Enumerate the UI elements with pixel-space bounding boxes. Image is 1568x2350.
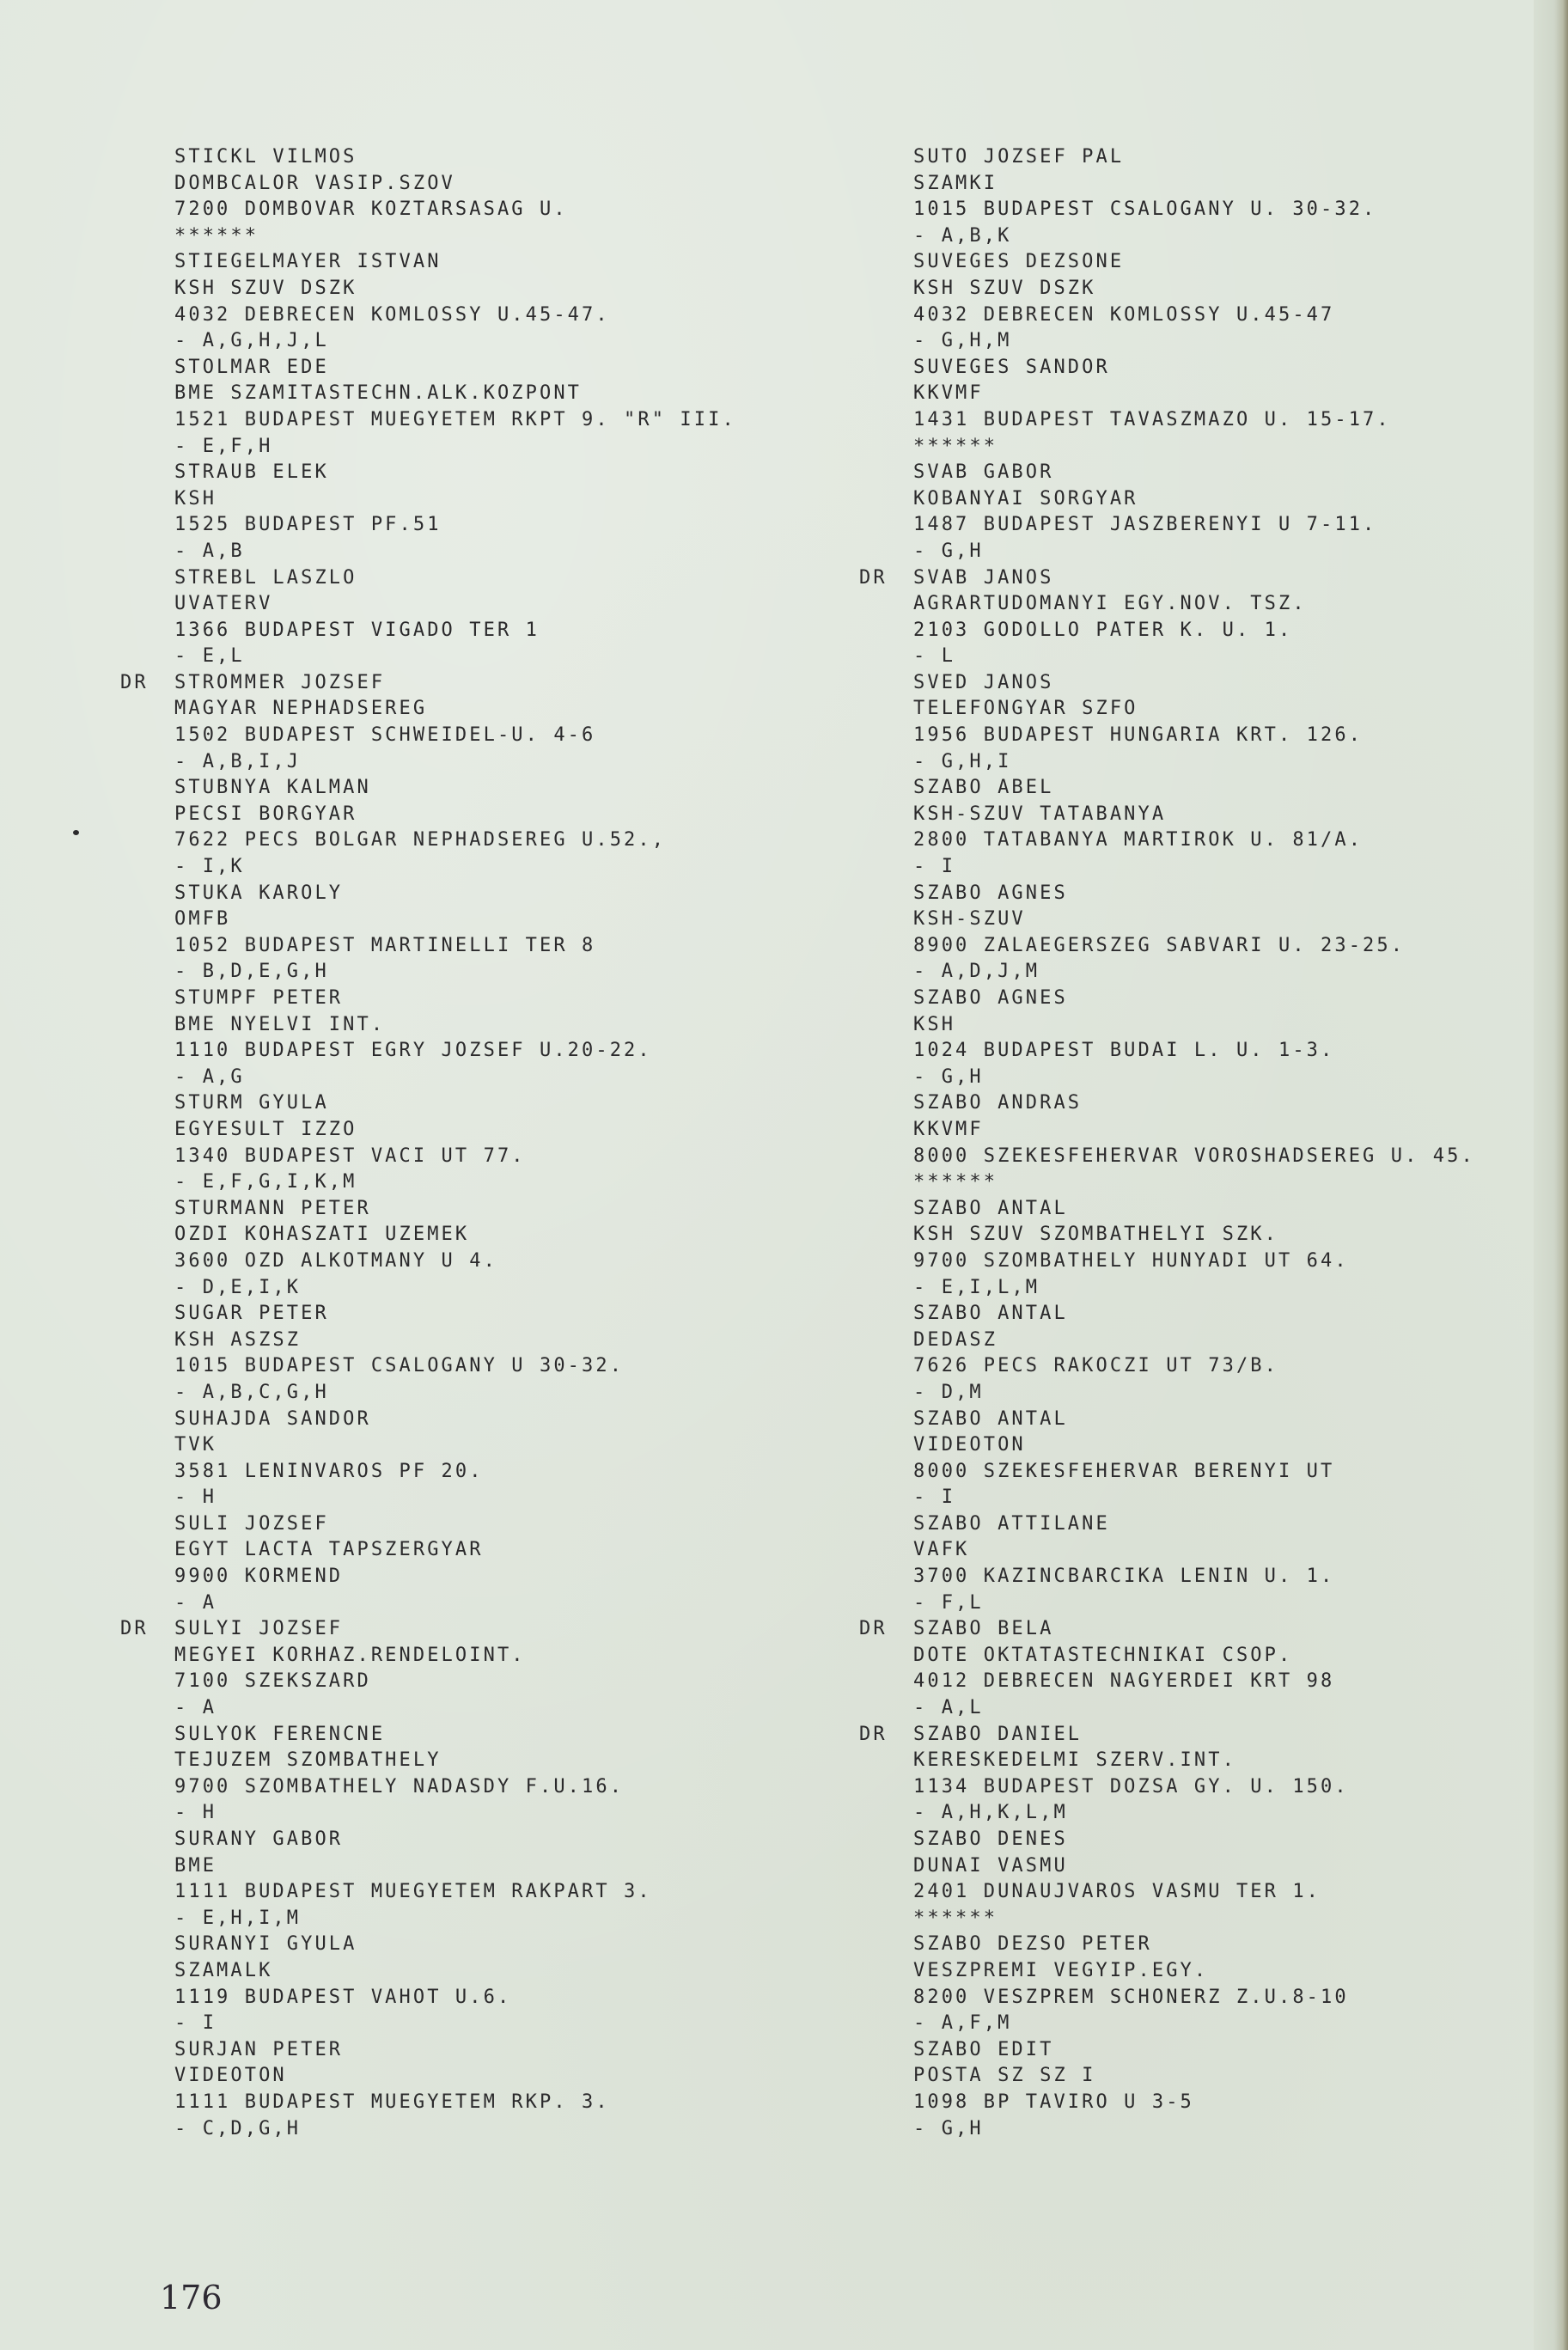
entry-codes: - I <box>913 1486 955 1508</box>
entry-organization-line: BME SZAMITASTECHN.ALK.KOZPONT <box>120 381 825 407</box>
entry-address-line: 2103 GODOLLO PATER K. U. 1. <box>859 618 1564 644</box>
entry-name: SZABO ANDRAS <box>913 1092 1082 1114</box>
entry-name-line: SZABO ANTAL <box>859 1196 1564 1223</box>
entry-name-line: SZABO DEZSO PETER <box>859 1932 1564 1958</box>
entry-address-line: 1111 BUDAPEST MUEGYETEM RAKPART 3. <box>120 1879 825 1906</box>
entry-organization-line: SZAMALK <box>120 1958 825 1985</box>
entry-name-line: DRSZABO DANIEL <box>859 1722 1564 1749</box>
entry-organization: MAGYAR NEPHADSEREG <box>174 698 427 719</box>
entry-address-line: 3581 LENINVAROS PF 20. <box>120 1459 825 1486</box>
entry-address-line: 8900 ZALAEGERSZEG SABVARI U. 23-25. <box>859 933 1564 960</box>
directory-entry: SUVEGES SANDORKKVMF1431 BUDAPEST TAVASZM… <box>859 355 1564 460</box>
entry-codes: - H <box>174 1486 217 1508</box>
entry-address-line: 1134 BUDAPEST DOZSA GY. U. 150. <box>859 1774 1564 1801</box>
entry-organization-line: KSH SZUV SZOMBATHELYI SZK. <box>859 1222 1564 1248</box>
entry-codes: ****** <box>913 1171 998 1193</box>
entry-address: 7626 PECS RAKOCZI UT 73/B. <box>913 1355 1278 1376</box>
entry-codes-line: - I <box>859 854 1564 881</box>
entry-name-line: SZABO ANTAL <box>859 1301 1564 1328</box>
entry-name-line: DRSULYI JOZSEF <box>120 1616 825 1643</box>
entry-address: 8000 SZEKESFEHERVAR VOROSHADSEREG U. 45. <box>913 1145 1475 1167</box>
entry-organization: MEGYEI KORHAZ.RENDELOINT. <box>174 1645 526 1666</box>
entry-address-line: 1521 BUDAPEST MUEGYETEM RKPT 9. "R" III. <box>120 407 825 434</box>
entry-name-line: SZABO DENES <box>859 1827 1564 1853</box>
entry-codes: - A,B,K <box>913 225 1011 247</box>
entry-organization: DOTE OKTATASTECHNIKAI CSOP. <box>913 1645 1292 1666</box>
entry-address-line: 1340 BUDAPEST VACI UT 77. <box>120 1144 825 1170</box>
entry-name-line: SVED JANOS <box>859 670 1564 697</box>
entry-codes: - D,E,I,K <box>174 1277 301 1298</box>
entry-name-line: SZABO AGNES <box>859 881 1564 907</box>
entry-address: 1015 BUDAPEST CSALOGANY U. 30-32. <box>913 198 1376 220</box>
entry-codes: - A <box>174 1697 217 1718</box>
entry-address: 1366 BUDAPEST VIGADO TER 1 <box>174 620 540 641</box>
entry-organization-line: BME <box>120 1853 825 1880</box>
entry-codes: - G,H <box>913 540 984 562</box>
entry-address-line: 8000 SZEKESFEHERVAR BERENYI UT <box>859 1459 1564 1486</box>
entry-codes-line: - A,G <box>120 1065 825 1091</box>
entry-organization-line: KSH-SZUV <box>859 906 1564 933</box>
entry-address: 1015 BUDAPEST CSALOGANY U 30-32. <box>174 1355 624 1376</box>
entry-codes: - A,B,C,G,H <box>174 1382 329 1403</box>
entry-address-line: 8000 SZEKESFEHERVAR VOROSHADSEREG U. 45. <box>859 1144 1564 1170</box>
entry-name: SURJAN PETER <box>174 2039 343 2060</box>
directory-entry: SULYOK FERENCNETEJUZEM SZOMBATHELY9700 S… <box>120 1722 825 1827</box>
entry-name: STROMMER JOZSEF <box>174 672 385 693</box>
entry-organization-line: TELEFONGYAR SZFO <box>859 696 1564 723</box>
directory-entry: SULI JOZSEFEGYT LACTA TAPSZERGYAR9900 KO… <box>120 1511 825 1616</box>
directory-entry: SZABO DEZSO PETERVESZPREMI VEGYIP.EGY.82… <box>859 1932 1564 2036</box>
entry-codes-line: - C,D,G,H <box>120 2116 825 2143</box>
entry-organization-line: DUNAI VASMU <box>859 1853 1564 1880</box>
entry-name: SURANYI GYULA <box>174 1933 357 1955</box>
entry-address-line: 3700 KAZINCBARCIKA LENIN U. 1. <box>859 1564 1564 1590</box>
entry-codes: - A,H,K,L,M <box>913 1802 1068 1823</box>
entry-address-line: 1431 BUDAPEST TAVASZMAZO U. 15-17. <box>859 407 1564 434</box>
entry-address: 1525 BUDAPEST PF.51 <box>174 514 442 535</box>
entry-name: SZABO ANTAL <box>913 1408 1068 1430</box>
entry-address: 3700 KAZINCBARCIKA LENIN U. 1. <box>913 1566 1334 1587</box>
entry-name: SULYI JOZSEF <box>174 1618 343 1639</box>
entry-address: 1111 BUDAPEST MUEGYETEM RKP. 3. <box>174 2091 610 2113</box>
entry-address-line: 1015 BUDAPEST CSALOGANY U 30-32. <box>120 1353 825 1380</box>
entry-name: STICKL VILMOS <box>174 146 357 168</box>
entry-organization: TVK <box>174 1434 217 1456</box>
entry-organization: KOBANYAI SORGYAR <box>913 488 1138 510</box>
entry-name-line: SUTO JOZSEF PAL <box>859 144 1564 171</box>
entry-name: STUBNYA KALMAN <box>174 777 371 798</box>
directory-entry: SZABO ANTALKSH SZUV SZOMBATHELYI SZK.970… <box>859 1196 1564 1301</box>
entry-name: SUGAR PETER <box>174 1303 329 1324</box>
entry-codes: - A,G <box>174 1066 245 1088</box>
entry-name-line: STRAUB ELEK <box>120 460 825 486</box>
entry-name: SZABO AGNES <box>913 882 1068 904</box>
entry-address: 1521 BUDAPEST MUEGYETEM RKPT 9. "R" III. <box>174 409 736 430</box>
entry-address: 1340 BUDAPEST VACI UT 77. <box>174 1145 526 1167</box>
entry-name-line: SZABO ATTILANE <box>859 1511 1564 1538</box>
entry-organization-line: DOTE OKTATASTECHNIKAI CSOP. <box>859 1643 1564 1669</box>
entry-address-line: 4032 DEBRECEN KOMLOSSY U.45-47. <box>120 302 825 329</box>
title-prefix: DR <box>859 1616 913 1643</box>
entry-organization-line: TEJUZEM SZOMBATHELY <box>120 1748 825 1774</box>
entry-name: SZABO DEZSO PETER <box>913 1933 1152 1955</box>
entry-codes-line: - E,L <box>120 644 825 670</box>
directory-entry: STOLMAR EDEBME SZAMITASTECHN.ALK.KOZPONT… <box>120 355 825 460</box>
directory-entry: STREBL LASZLOUVATERV1366 BUDAPEST VIGADO… <box>120 565 825 670</box>
entry-address: 1119 BUDAPEST VAHOT U.6. <box>174 1987 511 2008</box>
entry-name: SUVEGES DEZSONE <box>913 251 1124 272</box>
entry-codes: - A,B <box>174 540 245 562</box>
entry-address-line: 7622 PECS BOLGAR NEPHADSEREG U.52., <box>120 827 825 854</box>
entry-organization-line: PECSI BORGYAR <box>120 802 825 828</box>
entry-name-line: SZABO ANDRAS <box>859 1090 1564 1117</box>
entry-address-line: 8200 VESZPREM SCHONERZ Z.U.8-10 <box>859 1985 1564 2011</box>
entry-address: 1052 BUDAPEST MARTINELLI TER 8 <box>174 935 595 956</box>
entry-name-line: DRSVAB JANOS <box>859 565 1564 592</box>
entry-name-line: DRSTROMMER JOZSEF <box>120 670 825 697</box>
entry-codes-line: - A,D,J,M <box>859 959 1564 986</box>
entry-codes: - A,G,H,J,L <box>174 330 329 351</box>
entry-name-line: SULI JOZSEF <box>120 1511 825 1538</box>
entry-organization-line: KKVMF <box>859 1117 1564 1144</box>
entry-name-line: STOLMAR EDE <box>120 355 825 381</box>
entry-codes: - G,H,M <box>913 330 1011 351</box>
entry-codes: - E,L <box>174 645 245 667</box>
entry-codes: - E,I,L,M <box>913 1277 1040 1298</box>
ink-speck <box>73 830 79 835</box>
entry-organization: KSH-SZUV <box>913 908 1026 930</box>
directory-entry: SUHAJDA SANDORTVK3581 LENINVAROS PF 20.-… <box>120 1407 825 1511</box>
directory-entry: SZABO ANDRASKKVMF8000 SZEKESFEHERVAR VOR… <box>859 1090 1564 1195</box>
entry-codes-line: - I <box>120 2011 825 2037</box>
entry-address: 7200 DOMBOVAR KOZTARSASAG U. <box>174 198 568 220</box>
directory-entry: DRSVAB JANOSAGRARTUDOMANYI EGY.NOV. TSZ.… <box>859 565 1564 670</box>
entry-name-line: SUVEGES DEZSONE <box>859 249 1564 276</box>
entry-codes-line: - A,G,H,J,L <box>120 328 825 355</box>
entry-codes-line: - E,H,I,M <box>120 1906 825 1932</box>
entry-codes: - E,F,G,I,K,M <box>174 1171 357 1193</box>
directory-entry: SVAB GABORKOBANYAI SORGYAR1487 BUDAPEST … <box>859 460 1564 565</box>
entry-codes: - B,D,E,G,H <box>174 961 329 982</box>
entry-address: 9700 SZOMBATHELY NADASDY F.U.16. <box>174 1776 624 1798</box>
entry-name-line: SZABO ABEL <box>859 775 1564 802</box>
entry-organization: KSH-SZUV TATABANYA <box>913 803 1166 825</box>
entry-organization: POSTA SZ SZ I <box>913 2065 1096 2086</box>
entry-address-line: 1525 BUDAPEST PF.51 <box>120 512 825 539</box>
entry-organization: BME <box>174 1855 217 1877</box>
entry-address-line: 1024 BUDAPEST BUDAI L. U. 1-3. <box>859 1038 1564 1065</box>
entry-name: SZABO EDIT <box>913 2039 1053 2060</box>
entry-name: SURANY GABOR <box>174 1828 343 1850</box>
entry-codes: - E,H,I,M <box>174 1907 301 1929</box>
directory-entry: SZABO AGNESKSH1024 BUDAPEST BUDAI L. U. … <box>859 986 1564 1090</box>
entry-organization: SZAMALK <box>174 1960 272 1981</box>
directory-entry: SZABO EDITPOSTA SZ SZ I1098 BP TAVIRO U … <box>859 2037 1564 2142</box>
directory-entry: SVED JANOSTELEFONGYAR SZFO1956 BUDAPEST … <box>859 670 1564 775</box>
entry-name: SULI JOZSEF <box>174 1513 329 1535</box>
entry-organization-line: KSH ASZSZ <box>120 1328 825 1354</box>
entry-address: 1024 BUDAPEST BUDAI L. U. 1-3. <box>913 1040 1334 1061</box>
entry-address-line: 1119 BUDAPEST VAHOT U.6. <box>120 1985 825 2011</box>
entry-codes: - I <box>174 2012 217 2034</box>
entry-organization-line: KSH <box>859 1012 1564 1039</box>
entry-address-line: 1366 BUDAPEST VIGADO TER 1 <box>120 618 825 644</box>
entry-codes: ****** <box>913 1907 998 1929</box>
entry-name: SZABO DENES <box>913 1828 1068 1850</box>
entry-organization-line: VIDEOTON <box>120 2063 825 2090</box>
directory-entry: SZABO ABELKSH-SZUV TATABANYA2800 TATABAN… <box>859 775 1564 880</box>
entry-codes-line: - G,H <box>859 1065 1564 1091</box>
entry-name-line: STUKA KAROLY <box>120 881 825 907</box>
entry-codes-line: - A,B,K <box>859 223 1564 250</box>
entry-codes-line: - F,L <box>859 1590 1564 1617</box>
entry-organization: VAFK <box>913 1539 969 1560</box>
entry-organization: OMFB <box>174 908 230 930</box>
entry-codes-line: - E,F,H <box>120 434 825 461</box>
directory-entry: STUKA KAROLYOMFB1052 BUDAPEST MARTINELLI… <box>120 881 825 986</box>
entry-name: SULYOK FERENCNE <box>174 1724 385 1745</box>
page-number: 176 <box>160 2279 223 2316</box>
left-column: STICKL VILMOSDOMBCALOR VASIP.SZOV7200 DO… <box>120 144 825 2142</box>
entry-address: 3581 LENINVAROS PF 20. <box>174 1461 484 1482</box>
entry-organization: VESZPREMI VEGYIP.EGY. <box>913 1960 1208 1981</box>
entry-address-line: 9900 KORMEND <box>120 1564 825 1590</box>
directory-entry: SURJAN PETERVIDEOTON1111 BUDAPEST MUEGYE… <box>120 2037 825 2142</box>
entry-address: 1431 BUDAPEST TAVASZMAZO U. 15-17. <box>913 409 1391 430</box>
entry-name-line: SZABO ANTAL <box>859 1407 1564 1433</box>
entry-organization-line: KERESKEDELMI SZERV.INT. <box>859 1748 1564 1774</box>
entry-name: STIEGELMAYER ISTVAN <box>174 251 442 272</box>
entry-address-line: 1502 BUDAPEST SCHWEIDEL-U. 4-6 <box>120 723 825 749</box>
directory-entry: SZABO AGNESKSH-SZUV8900 ZALAEGERSZEG SAB… <box>859 881 1564 986</box>
entry-address-line: 9700 SZOMBATHELY HUNYADI UT 64. <box>859 1248 1564 1275</box>
entry-codes-line: - D,M <box>859 1380 1564 1407</box>
entry-organization-line: OZDI KOHASZATI UZEMEK <box>120 1222 825 1248</box>
entry-name: SZABO ATTILANE <box>913 1513 1110 1535</box>
directory-entry: SZABO ANTALDEDASZ7626 PECS RAKOCZI UT 73… <box>859 1301 1564 1406</box>
entry-codes-line: - E,I,L,M <box>859 1275 1564 1302</box>
entry-name: SVED JANOS <box>913 672 1053 693</box>
entry-codes: - H <box>174 1802 217 1823</box>
entry-name: SVAB GABOR <box>913 461 1053 483</box>
entry-codes-line: ****** <box>859 1906 1564 1932</box>
entry-address: 8900 ZALAEGERSZEG SABVARI U. 23-25. <box>913 935 1405 956</box>
entry-organization: KSH SZUV SZOMBATHELYI SZK. <box>913 1224 1278 1245</box>
entry-name-line: DRSZABO BELA <box>859 1616 1564 1643</box>
entry-codes: - C,D,G,H <box>174 2118 301 2139</box>
entry-name: SUHAJDA SANDOR <box>174 1408 371 1430</box>
entry-organization: KERESKEDELMI SZERV.INT. <box>913 1749 1236 1771</box>
entry-name: STOLMAR EDE <box>174 357 329 378</box>
entry-address: 4032 DEBRECEN KOMLOSSY U.45-47 <box>913 304 1334 326</box>
entry-codes-line: - G,H,M <box>859 328 1564 355</box>
entry-organization-line: VAFK <box>859 1537 1564 1564</box>
entry-codes: - G,H <box>913 1066 984 1088</box>
entry-codes: - A,B,I,J <box>174 751 301 772</box>
entry-organization: AGRARTUDOMANYI EGY.NOV. TSZ. <box>913 593 1307 614</box>
entry-codes: - G,H,I <box>913 751 1011 772</box>
directory-entry: STUBNYA KALMANPECSI BORGYAR7622 PECS BOL… <box>120 775 825 880</box>
entry-name: SZABO AGNES <box>913 987 1068 1009</box>
entry-codes-line: - B,D,E,G,H <box>120 959 825 986</box>
entry-name: SVAB JANOS <box>913 567 1053 589</box>
entry-organization-line: OMFB <box>120 906 825 933</box>
entry-name-line: SUHAJDA SANDOR <box>120 1407 825 1433</box>
entry-codes-line: - A,H,K,L,M <box>859 1800 1564 1827</box>
directory-entry: STURM GYULAEGYESULT IZZO1340 BUDAPEST VA… <box>120 1090 825 1195</box>
entry-organization: DOMBCALOR VASIP.SZOV <box>174 173 455 194</box>
entry-address: 4032 DEBRECEN KOMLOSSY U.45-47. <box>174 304 610 326</box>
entry-organization-line: AGRARTUDOMANYI EGY.NOV. TSZ. <box>859 591 1564 618</box>
directory-entry: SZABO DENESDUNAI VASMU2401 DUNAUJVAROS V… <box>859 1827 1564 1932</box>
entry-name-line: SUGAR PETER <box>120 1301 825 1328</box>
entry-address-line: 2800 TATABANYA MARTIROK U. 81/A. <box>859 827 1564 854</box>
entry-organization-line: VIDEOTON <box>859 1432 1564 1459</box>
entry-codes: - E,F,H <box>174 436 272 457</box>
entry-organization: KSH ASZSZ <box>174 1329 301 1351</box>
entry-codes: - I <box>913 856 955 877</box>
entry-organization-line: MEGYEI KORHAZ.RENDELOINT. <box>120 1643 825 1669</box>
entry-codes-line: - G,H <box>859 539 1564 565</box>
title-prefix: DR <box>120 670 174 697</box>
entry-name-line: SURANYI GYULA <box>120 1932 825 1958</box>
entry-address-line: 4012 DEBRECEN NAGYERDEI KRT 98 <box>859 1669 1564 1695</box>
directory-entry: SURANY GABORBME1111 BUDAPEST MUEGYETEM R… <box>120 1827 825 1932</box>
title-prefix: DR <box>120 1616 174 1643</box>
entry-name: SZABO ANTAL <box>913 1303 1068 1324</box>
entry-codes: - A,D,J,M <box>913 961 1040 982</box>
entry-name-line: STURM GYULA <box>120 1090 825 1117</box>
entry-address-line: 3600 OZD ALKOTMANY U 4. <box>120 1248 825 1275</box>
directory-entry: DRSTROMMER JOZSEFMAGYAR NEPHADSEREG1502 … <box>120 670 825 775</box>
entry-codes-line: - I <box>859 1485 1564 1511</box>
entry-organization: VIDEOTON <box>174 2065 287 2086</box>
entry-name: SUVEGES SANDOR <box>913 357 1110 378</box>
directory-entry: SURANYI GYULASZAMALK1119 BUDAPEST VAHOT … <box>120 1932 825 2036</box>
entry-name-line: SULYOK FERENCNE <box>120 1722 825 1749</box>
entry-address-line: 1015 BUDAPEST CSALOGANY U. 30-32. <box>859 197 1564 223</box>
entry-codes-line: - H <box>120 1800 825 1827</box>
entry-codes: - L <box>913 645 955 667</box>
entry-address: 1098 BP TAVIRO U 3-5 <box>913 2091 1194 2113</box>
directory-entry: STRAUB ELEKKSH1525 BUDAPEST PF.51- A,B <box>120 460 825 565</box>
entry-address: 1111 BUDAPEST MUEGYETEM RAKPART 3. <box>174 1881 652 1902</box>
entry-organization: BME NYELVI INT. <box>174 1014 385 1035</box>
entry-codes-line: ****** <box>859 434 1564 461</box>
directory-entry: STURMANN PETEROZDI KOHASZATI UZEMEK3600 … <box>120 1196 825 1301</box>
entry-organization: VIDEOTON <box>913 1434 1026 1456</box>
entry-codes-line: - D,E,I,K <box>120 1275 825 1302</box>
entry-name: STUKA KAROLY <box>174 882 343 904</box>
entry-address: 1487 BUDAPEST JASZBERENYI U 7-11. <box>913 514 1376 535</box>
directory-entry: DRSZABO BELADOTE OKTATASTECHNIKAI CSOP.4… <box>859 1616 1564 1721</box>
entry-organization: KKVMF <box>913 1119 984 1140</box>
entry-name-line: SZABO EDIT <box>859 2037 1564 2064</box>
entry-codes-line: - I,K <box>120 854 825 881</box>
entry-codes: - G,H <box>913 2118 984 2139</box>
entry-organization: DUNAI VASMU <box>913 1855 1068 1877</box>
entry-codes-line: ****** <box>859 1169 1564 1196</box>
entry-name: SUTO JOZSEF PAL <box>913 146 1124 168</box>
directory-entry: STIEGELMAYER ISTVANKSH SZUV DSZK4032 DEB… <box>120 249 825 354</box>
entry-name: STURM GYULA <box>174 1092 329 1114</box>
entry-organization: KSH SZUV DSZK <box>174 278 357 299</box>
directory-entry: SZABO ATTILANEVAFK3700 KAZINCBARCIKA LEN… <box>859 1511 1564 1616</box>
entry-address: 1502 BUDAPEST SCHWEIDEL-U. 4-6 <box>174 724 595 746</box>
directory-entry: STICKL VILMOSDOMBCALOR VASIP.SZOV7200 DO… <box>120 144 825 249</box>
entry-organization: EGYT LACTA TAPSZERGYAR <box>174 1539 484 1560</box>
title-prefix: DR <box>859 1722 913 1749</box>
entry-address-line: 2401 DUNAUJVAROS VASMU TER 1. <box>859 1879 1564 1906</box>
entry-organization-line: POSTA SZ SZ I <box>859 2063 1564 2090</box>
entry-address: 1110 BUDAPEST EGRY JOZSEF U.20-22. <box>174 1040 652 1061</box>
entry-address: 1134 BUDAPEST DOZSA GY. U. 150. <box>913 1776 1349 1798</box>
entry-codes: - I,K <box>174 856 245 877</box>
entry-codes-line: - A,B,I,J <box>120 749 825 776</box>
entry-address: 2401 DUNAUJVAROS VASMU TER 1. <box>913 1881 1321 1902</box>
entry-name-line: SVAB GABOR <box>859 460 1564 486</box>
entry-name-line: STREBL LASZLO <box>120 565 825 592</box>
entry-organization-line: DEDASZ <box>859 1328 1564 1354</box>
entry-address-line: 1487 BUDAPEST JASZBERENYI U 7-11. <box>859 512 1564 539</box>
entry-name-line: STIEGELMAYER ISTVAN <box>120 249 825 276</box>
entry-name-line: STICKL VILMOS <box>120 144 825 171</box>
entry-name: SZABO ANTAL <box>913 1198 1068 1219</box>
entry-codes-line: - A,F,M <box>859 2011 1564 2037</box>
directory-entry: SUGAR PETERKSH ASZSZ1015 BUDAPEST CSALOG… <box>120 1301 825 1406</box>
entry-organization: KKVMF <box>913 382 984 404</box>
entry-address-line: 1956 BUDAPEST HUNGARIA KRT. 126. <box>859 723 1564 749</box>
entry-organization: BME SZAMITASTECHN.ALK.KOZPONT <box>174 382 582 404</box>
entry-organization: EGYESULT IZZO <box>174 1119 357 1140</box>
entry-codes-line: - A <box>120 1590 825 1617</box>
entry-organization: OZDI KOHASZATI UZEMEK <box>174 1224 469 1245</box>
entry-name: STUMPF PETER <box>174 987 343 1009</box>
entry-organization: KSH <box>174 488 217 510</box>
entry-organization: DEDASZ <box>913 1329 998 1351</box>
entry-name-line: SUVEGES SANDOR <box>859 355 1564 381</box>
entry-name: SZABO ABEL <box>913 777 1053 798</box>
entry-codes-line: - G,H,I <box>859 749 1564 776</box>
entry-codes: - A,L <box>913 1697 984 1718</box>
entry-organization-line: SZAMKI <box>859 171 1564 198</box>
entry-organization-line: KSH <box>120 486 825 513</box>
directory-entry: DRSULYI JOZSEFMEGYEI KORHAZ.RENDELOINT.7… <box>120 1616 825 1721</box>
entry-address-line: 9700 SZOMBATHELY NADASDY F.U.16. <box>120 1774 825 1801</box>
entry-address: 7100 SZEKSZARD <box>174 1670 371 1692</box>
entry-organization-line: MAGYAR NEPHADSEREG <box>120 696 825 723</box>
entry-organization-line: EGYESULT IZZO <box>120 1117 825 1144</box>
entry-name-line: SURJAN PETER <box>120 2037 825 2064</box>
entry-address: 2800 TATABANYA MARTIROK U. 81/A. <box>913 829 1363 851</box>
entry-name-line: STUMPF PETER <box>120 986 825 1012</box>
entry-name: STURMANN PETER <box>174 1198 371 1219</box>
entry-codes-line: - A <box>120 1695 825 1722</box>
entry-name: SZABO DANIEL <box>913 1724 1082 1745</box>
entry-address-line: 1098 BP TAVIRO U 3-5 <box>859 2090 1564 2116</box>
entry-codes: ****** <box>913 436 998 457</box>
entry-name: SZABO BELA <box>913 1618 1053 1639</box>
entry-name-line: STURMANN PETER <box>120 1196 825 1223</box>
entry-organization-line: KSH SZUV DSZK <box>120 276 825 302</box>
entry-name-line: SURANY GABOR <box>120 1827 825 1853</box>
entry-codes-line: ****** <box>120 223 825 250</box>
directory-entry: DRSZABO DANIELKERESKEDELMI SZERV.INT.113… <box>859 1722 1564 1827</box>
entry-address: 4012 DEBRECEN NAGYERDEI KRT 98 <box>913 1670 1334 1692</box>
entry-organization-line: TVK <box>120 1432 825 1459</box>
entry-name-line: SZABO AGNES <box>859 986 1564 1012</box>
entry-address-line: 4032 DEBRECEN KOMLOSSY U.45-47 <box>859 302 1564 329</box>
